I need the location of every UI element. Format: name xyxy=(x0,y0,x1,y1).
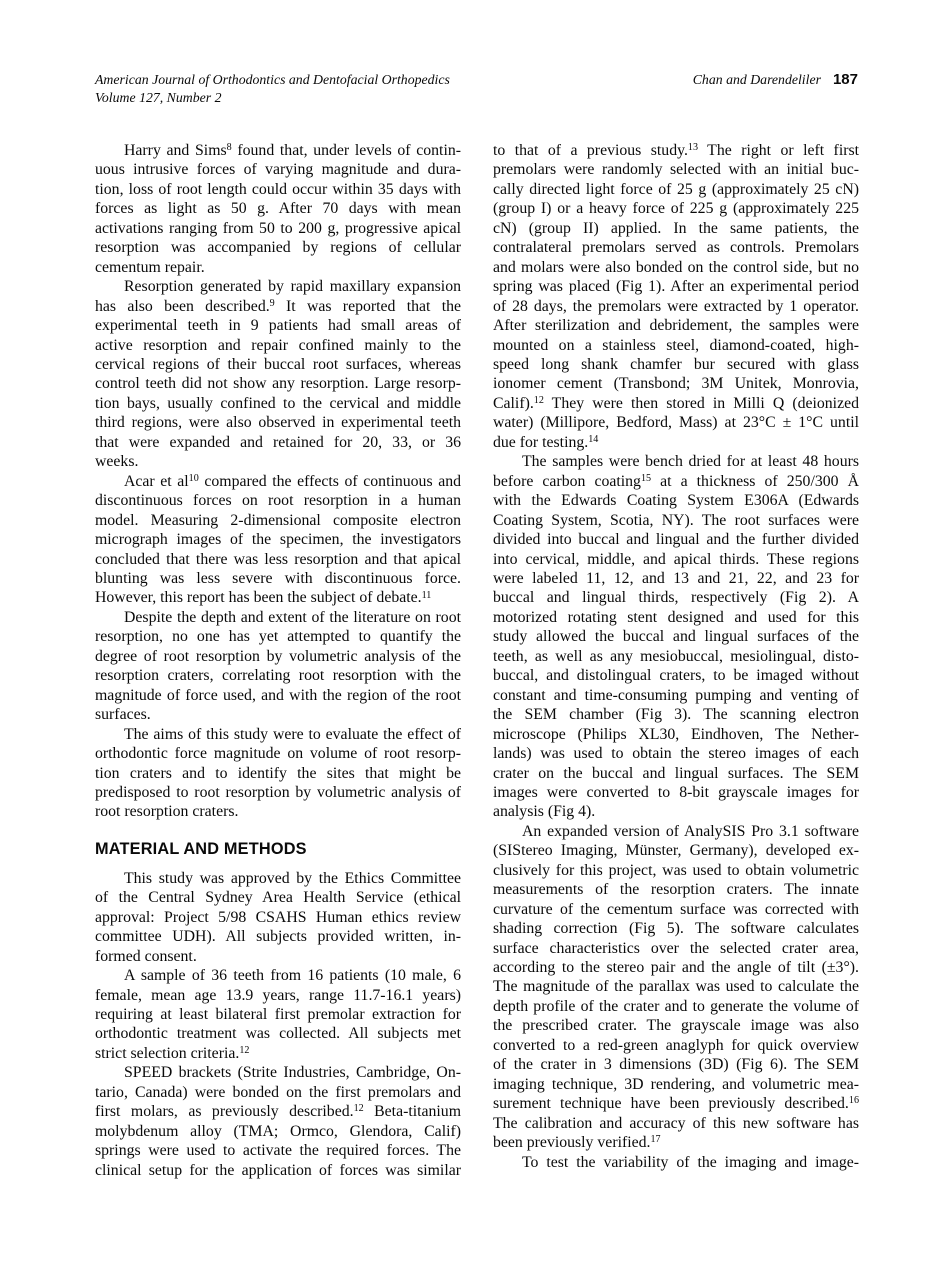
paragraph: An expanded version of AnalySIS Pro 3.1 … xyxy=(493,822,859,1153)
text-line: tion craters and to identify the sites t… xyxy=(95,764,461,783)
page-number: 187 xyxy=(833,71,858,88)
text-line: blunting was less severe with discontinu… xyxy=(95,569,461,588)
running-head: Chan and Darendeliler187 xyxy=(693,71,858,89)
text-line: discontinuous forces on root resorption … xyxy=(95,491,461,510)
paragraph: Despite the depth and extent of the lite… xyxy=(95,608,461,725)
text-line: were labeled 11, 12, and 13 and 21, 22, … xyxy=(493,569,859,588)
text-line: activations ranging from 50 to 200 g, pr… xyxy=(95,219,461,238)
text-line: Resorption generated by rapid maxillary … xyxy=(95,277,461,296)
text-line: and molars were also bonded on the contr… xyxy=(493,258,859,277)
text-line: divided into buccal and lingual and the … xyxy=(493,530,859,549)
text-line: spring was placed (Fig 1). After an expe… xyxy=(493,277,859,296)
journal-issue: Volume 127, Number 2 xyxy=(95,89,450,107)
citation-superscript: 9 xyxy=(270,298,275,309)
text-line: orthodontic treatment was collected. All… xyxy=(95,1024,461,1043)
text-line: uous intrusive forces of varying magnitu… xyxy=(95,160,461,179)
text-line: committee UDH). All subjects provided wr… xyxy=(95,927,461,946)
text-line: Acar et al10 compared the effects of con… xyxy=(95,472,461,491)
paragraph: To test the variability of the imaging a… xyxy=(493,1153,859,1172)
text-line: (SIStereo Imaging, Münster, Germany), de… xyxy=(493,841,859,860)
text-line: However, this report has been the subjec… xyxy=(95,588,461,607)
text-line: degree of root resorption by volumetric … xyxy=(95,647,461,666)
text-line: molybdenum alloy (TMA; Ormco, Glendora, … xyxy=(95,1122,461,1141)
citation-superscript: 14 xyxy=(588,434,598,445)
text-line: The magnitude of the parallax was used t… xyxy=(493,977,859,996)
text-line: This study was approved by the Ethics Co… xyxy=(95,869,461,888)
paragraph: A sample of 36 teeth from 16 patients (1… xyxy=(95,966,461,1063)
text-line: before carbon coating15 at a thickness o… xyxy=(493,472,859,491)
text-line: depth profile of the crater and to gener… xyxy=(493,997,859,1016)
section-heading: MATERIAL AND METHODS xyxy=(95,839,461,859)
text-line: forces as light as 50 g. After 70 days w… xyxy=(95,199,461,218)
citation-superscript: 16 xyxy=(849,1095,859,1106)
text-line: experimental teeth in 9 patients had sma… xyxy=(95,316,461,335)
text-line: female, mean age 13.9 years, range 11.7-… xyxy=(95,986,461,1005)
citation-superscript: 12 xyxy=(354,1103,364,1114)
text-line: of the Central Sydney Area Health Servic… xyxy=(95,888,461,907)
text-line: buccal, and distolingual craters, to be … xyxy=(493,666,859,685)
journal-title: American Journal of Orthodontics and Den… xyxy=(95,71,450,89)
citation-superscript: 10 xyxy=(189,473,199,484)
text-line: clusively for this project, was used to … xyxy=(493,861,859,880)
text-line: buccal and lingual thirds, respectively … xyxy=(493,588,859,607)
text-line: shading correction (Fig 5). The software… xyxy=(493,919,859,938)
running-authors: Chan and Darendeliler xyxy=(693,72,821,87)
text-line: the SEM chamber (Fig 3). The scanning el… xyxy=(493,705,859,724)
text-line: crater on the buccal and lingual surface… xyxy=(493,764,859,783)
text-line: approval: Project 5/98 CSAHS Human ethic… xyxy=(95,908,461,927)
text-line: mounted on a stainless steel, diamond-co… xyxy=(493,336,859,355)
text-line: Calif).12 They were then stored in Milli… xyxy=(493,394,859,413)
text-line: with the Edwards Coating System E306A (E… xyxy=(493,491,859,510)
text-line: After sterilization and debridement, the… xyxy=(493,316,859,335)
text-line: model. Measuring 2-dimensional composite… xyxy=(95,511,461,530)
text-line: to that of a previous study.13 The right… xyxy=(493,141,859,160)
text-line: resorption, no one has yet attempted to … xyxy=(95,627,461,646)
column-right: to that of a previous study.13 The right… xyxy=(493,141,859,1180)
paragraph: to that of a previous study.13 The right… xyxy=(493,141,859,452)
text-line: Despite the depth and extent of the lite… xyxy=(95,608,461,627)
article-body: Harry and Sims8 found that, under levels… xyxy=(95,141,859,1180)
journal-page: American Journal of Orthodontics and Den… xyxy=(0,0,950,1272)
text-line: To test the variability of the imaging a… xyxy=(493,1153,859,1172)
text-line: springs were used to activate the requir… xyxy=(95,1141,461,1160)
paragraph: Resorption generated by rapid maxillary … xyxy=(95,277,461,472)
text-line: converted to a red-green anaglyph for qu… xyxy=(493,1036,859,1055)
text-line: water) (Millipore, Bedford, Mass) at 23°… xyxy=(493,413,859,432)
text-line: cN) (group II) applied. In the same pati… xyxy=(493,219,859,238)
text-line: contralateral premolars served as contro… xyxy=(493,238,859,257)
text-line: strict selection criteria.12 xyxy=(95,1044,461,1063)
journal-info: American Journal of Orthodontics and Den… xyxy=(95,71,450,106)
text-line: surement technique have been previously … xyxy=(493,1094,859,1113)
text-line: formed consent. xyxy=(95,947,461,966)
text-line: teeth, as well as any mesiobuccal, mesio… xyxy=(493,647,859,666)
text-line: due for testing.14 xyxy=(493,433,859,452)
text-line: lands) was used to obtain the stereo ima… xyxy=(493,744,859,763)
text-line: imaging technique, 3D rendering, and vol… xyxy=(493,1075,859,1094)
text-line: A sample of 36 teeth from 16 patients (1… xyxy=(95,966,461,985)
text-line: tion bays, usually confined to the cervi… xyxy=(95,394,461,413)
text-line: predisposed to root resorption by volume… xyxy=(95,783,461,802)
text-line: Coating System, Scotia, NY). The root su… xyxy=(493,511,859,530)
text-line: according to the stereo pair and the ang… xyxy=(493,958,859,977)
text-line: resorption was accompanied by regions of… xyxy=(95,238,461,257)
text-line: been previously verified.17 xyxy=(493,1133,859,1152)
text-line: control teeth did not show any resorptio… xyxy=(95,374,461,393)
text-line: first molars, as previously described.12… xyxy=(95,1102,461,1121)
text-line: cally directed light force of 25 g (appr… xyxy=(493,180,859,199)
text-line: SPEED brackets (Strite Industries, Cambr… xyxy=(95,1063,461,1082)
text-line: resorption craters, correlating root res… xyxy=(95,666,461,685)
text-line: micrograph images of the specimen, the i… xyxy=(95,530,461,549)
text-line: that were expanded and retained for 20, … xyxy=(95,433,461,452)
citation-superscript: 17 xyxy=(650,1134,660,1145)
text-line: images were converted to 8-bit grayscale… xyxy=(493,783,859,802)
text-line: measurements of the resorption craters. … xyxy=(493,880,859,899)
text-line: clinical setup for the application of fo… xyxy=(95,1161,461,1180)
text-line: ionomer cement (Transbond; 3M Unitek, Mo… xyxy=(493,374,859,393)
text-line: requiring at least bilateral first premo… xyxy=(95,1005,461,1024)
text-line: concluded that there was less resorption… xyxy=(95,550,461,569)
page-header: American Journal of Orthodontics and Den… xyxy=(95,71,858,106)
text-line: the prescribed crater. The grayscale ima… xyxy=(493,1016,859,1035)
text-line: The samples were bench dried for at leas… xyxy=(493,452,859,471)
citation-superscript: 11 xyxy=(422,590,432,601)
text-line: analysis (Fig 4). xyxy=(493,802,859,821)
paragraph: Harry and Sims8 found that, under levels… xyxy=(95,141,461,277)
text-line: has also been described.9 It was reporte… xyxy=(95,297,461,316)
text-line: study allowed the buccal and lingual sur… xyxy=(493,627,859,646)
text-line: magnitude of force used, and with the re… xyxy=(95,686,461,705)
text-line: surfaces. xyxy=(95,705,461,724)
column-left: Harry and Sims8 found that, under levels… xyxy=(95,141,461,1180)
text-line: The aims of this study were to evaluate … xyxy=(95,725,461,744)
paragraph: SPEED brackets (Strite Industries, Cambr… xyxy=(95,1063,461,1180)
text-line: tario, Canada) were bonded on the first … xyxy=(95,1083,461,1102)
text-line: The calibration and accuracy of this new… xyxy=(493,1114,859,1133)
citation-superscript: 8 xyxy=(227,142,232,153)
paragraph: The samples were bench dried for at leas… xyxy=(493,452,859,822)
text-line: third regions, were also observed in exp… xyxy=(95,413,461,432)
text-line: weeks. xyxy=(95,452,461,471)
text-line: (group I) or a heavy force of 225 g (app… xyxy=(493,199,859,218)
citation-superscript: 13 xyxy=(688,142,698,153)
text-line: active resorption and repair confined ma… xyxy=(95,336,461,355)
text-line: tion, loss of root length could occur wi… xyxy=(95,180,461,199)
text-line: premolars were randomly selected with an… xyxy=(493,160,859,179)
paragraph: The aims of this study were to evaluate … xyxy=(95,725,461,822)
text-line: orthodontic force magnitude on volume of… xyxy=(95,744,461,763)
text-line: of the crater in 3 dimensions (3D) (Fig … xyxy=(493,1055,859,1074)
text-line: of 28 days, the premolars were extracted… xyxy=(493,297,859,316)
text-line: microscope (Philips XL30, Eindhoven, The… xyxy=(493,725,859,744)
text-line: surface characteristics over the selecte… xyxy=(493,939,859,958)
text-line: cementum repair. xyxy=(95,258,461,277)
text-line: into cervical, middle, and apical thirds… xyxy=(493,550,859,569)
text-line: motorized rotating stent designed and us… xyxy=(493,608,859,627)
text-line: constant and time-consuming pumping and … xyxy=(493,686,859,705)
text-line: cervical regions of their buccal root su… xyxy=(95,355,461,374)
text-line: root resorption craters. xyxy=(95,802,461,821)
text-line: Harry and Sims8 found that, under levels… xyxy=(95,141,461,160)
text-line: An expanded version of AnalySIS Pro 3.1 … xyxy=(493,822,859,841)
paragraph: Acar et al10 compared the effects of con… xyxy=(95,472,461,608)
paragraph: This study was approved by the Ethics Co… xyxy=(95,869,461,966)
citation-superscript: 12 xyxy=(534,395,544,406)
text-line: curvature of the cementum surface was co… xyxy=(493,900,859,919)
citation-superscript: 15 xyxy=(641,473,651,484)
text-line: speed long shank chamfer bur secured wit… xyxy=(493,355,859,374)
citation-superscript: 12 xyxy=(239,1045,249,1056)
